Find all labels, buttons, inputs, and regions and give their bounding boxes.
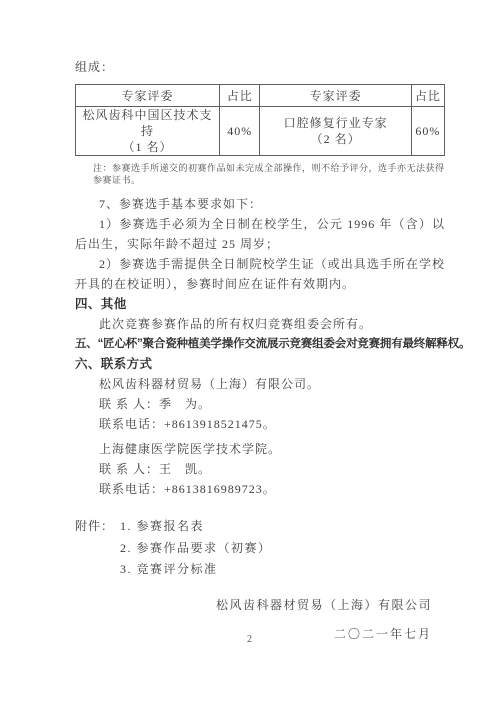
contact-block-1: 松风齿科器材贸易（上海）有限公司。 联 系 人：季 为。 联系电话：+86139…	[75, 374, 445, 434]
cell-ratio-1: 40%	[219, 107, 260, 156]
contact1-person: 联 系 人：季 为。	[75, 394, 445, 414]
header-expert-committee-1: 专家评委	[76, 85, 220, 107]
page-number: 2	[0, 634, 499, 645]
header-ratio-2: 占比	[411, 85, 444, 107]
signature-company: 松风齿科器材贸易（上海）有限公司	[75, 595, 445, 615]
section4-heading: 四、其他	[75, 294, 445, 314]
cell-ratio-2: 60%	[411, 107, 444, 156]
header-expert-committee-2: 专家评委	[260, 85, 411, 107]
section6-heading: 六、联系方式	[75, 354, 445, 374]
judges-table-data-row: 松风齿科中国区技术支持 （1 名） 40% 口腔修复行业专家 （2 名） 60%	[76, 107, 445, 156]
cell-expert-2: 口腔修复行业专家 （2 名）	[260, 107, 411, 156]
section5-heading: 五、“匠心杯”聚合瓷种植美学操作交流展示竞赛组委会对竞赛拥有最终解释权。	[75, 334, 445, 354]
item7-title: 7、参赛选手基本要求如下：	[75, 194, 445, 214]
document-page: 组成： 专家评委 占比 专家评委 占比 松风齿科中国区技术支持 （1 名）	[0, 0, 499, 706]
contact2-phone: 联系电话：+8613816989723。	[75, 479, 445, 499]
item7-sub2: 2）参赛选手需提供全日制院校学生证（或出具选手所在学校开具的在校证明），参赛时间…	[75, 254, 445, 294]
header-ratio-1: 占比	[219, 85, 260, 107]
table-note: 注：参赛选手所递交的初赛作品如未完成全部操作，则不给予评分，选手亦无法获得参赛证…	[75, 162, 445, 186]
composition-label: 组成：	[75, 57, 445, 77]
contact2-person: 联 系 人：王 凯。	[75, 459, 445, 479]
cell-expert-2-count: （2 名）	[260, 131, 410, 147]
attachment-item-1: 1. 参赛报名表	[120, 516, 445, 538]
attachment-item-2: 2. 参赛作品要求（初赛）	[120, 538, 445, 560]
attachments-block: 附件： 1. 参赛报名表 2. 参赛作品要求（初赛） 3. 竞赛评分标准	[75, 516, 445, 581]
cell-expert-1: 松风齿科中国区技术支持 （1 名）	[76, 107, 220, 156]
cell-expert-1-name: 松风齿科中国区技术支持	[76, 107, 219, 139]
document-content: 组成： 专家评委 占比 专家评委 占比 松风齿科中国区技术支持 （1 名）	[75, 57, 445, 644]
attachment-item-3: 3. 竞赛评分标准	[120, 559, 445, 581]
contact1-phone: 联系电话：+8613918521475。	[75, 414, 445, 434]
item7-sub1: 1）参赛选手必须为全日制在校学生，公元 1996 年（含）以后出生，实际年龄不超…	[75, 214, 445, 254]
cell-expert-1-count: （1 名）	[76, 139, 219, 155]
attachments-label: 附件：	[75, 516, 114, 537]
cell-expert-2-name: 口腔修复行业专家	[260, 115, 410, 131]
requirements-block: 7、参赛选手基本要求如下： 1）参赛选手必须为全日制在校学生，公元 1996 年…	[75, 194, 445, 294]
contact1-organization: 松风齿科器材贸易（上海）有限公司。	[75, 374, 445, 394]
section4-body: 此次竞赛参赛作品的所有权归竞赛组委会所有。	[75, 314, 445, 334]
contact-block-2: 上海健康医学院医学技术学院。 联 系 人：王 凯。 联系电话：+86138169…	[75, 439, 445, 499]
judges-table: 专家评委 占比 专家评委 占比 松风齿科中国区技术支持 （1 名） 40% 口腔…	[75, 84, 445, 156]
attachments-list: 1. 参赛报名表 2. 参赛作品要求（初赛） 3. 竞赛评分标准	[114, 516, 445, 581]
contact2-organization: 上海健康医学院医学技术学院。	[75, 439, 445, 459]
judges-table-header-row: 专家评委 占比 专家评委 占比	[76, 85, 445, 107]
